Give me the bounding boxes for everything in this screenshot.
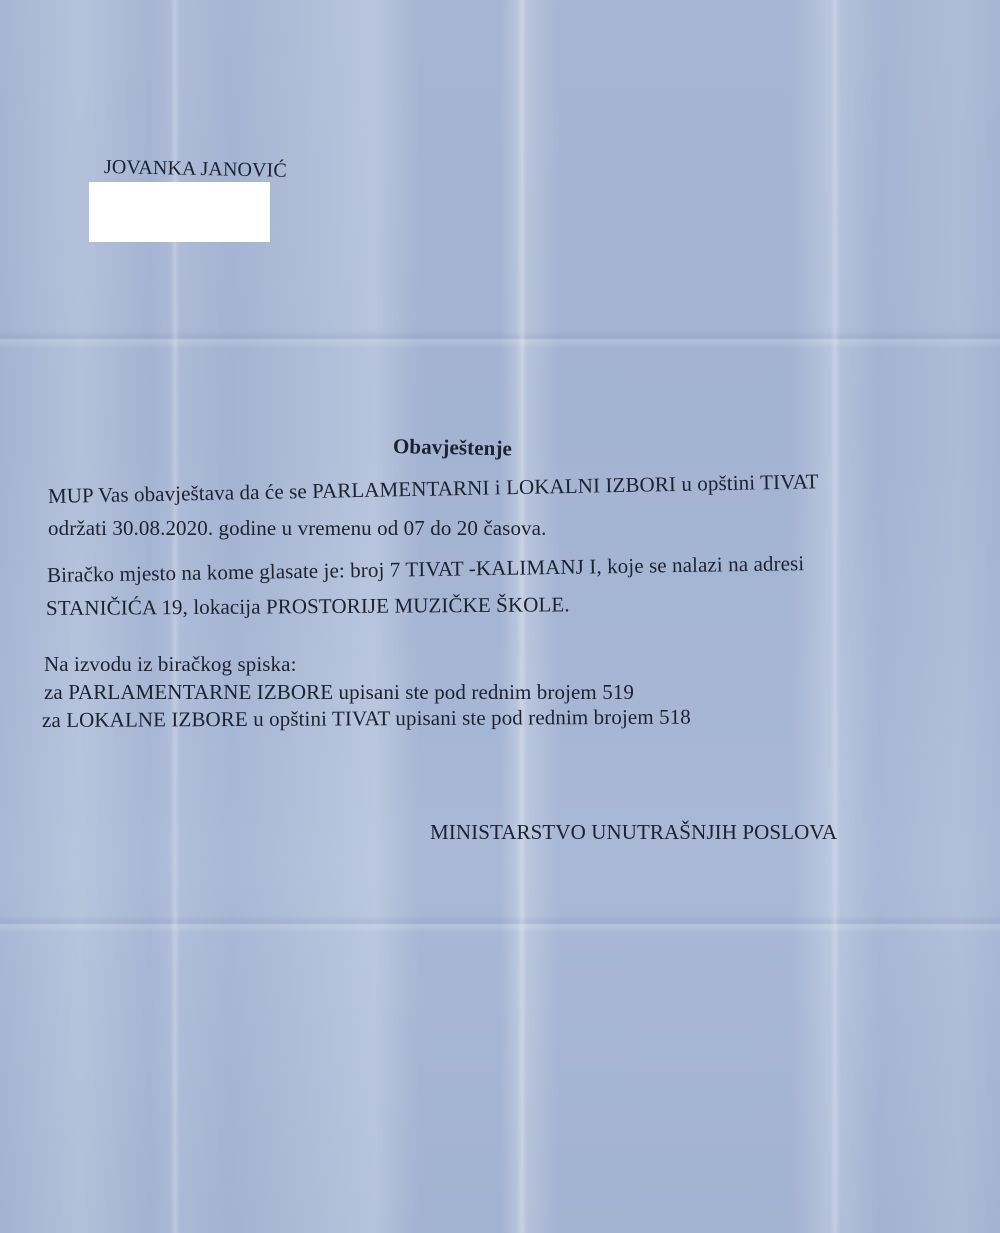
voter-list-heading: Na izvodu iz biračkog spiska: bbox=[44, 652, 297, 677]
notice-line: MUP Vas obavještava da će se PARLAMENTAR… bbox=[48, 469, 819, 509]
document-title: Obavještenje bbox=[393, 434, 513, 461]
polling-station-line: Biračko mjesto na kome glasate je: broj … bbox=[47, 551, 805, 588]
voter-list-line: za PARLAMENTARNE IZBORE upisani ste pod … bbox=[44, 680, 634, 705]
fold-crease bbox=[830, 0, 840, 1233]
notice-line: održati 30.08.2020. godine u vremenu od … bbox=[48, 516, 546, 541]
document-page: JOVANKA JANOVIĆ Obavještenje MUP Vas oba… bbox=[0, 0, 1000, 1233]
redacted-address bbox=[89, 182, 270, 242]
polling-station-line: STANIČIĆA 19, lokacija PROSTORIJE MUZIČK… bbox=[46, 592, 570, 621]
voter-list-line: za LOKALNE IZBORE u opštini TIVAT upisan… bbox=[42, 705, 691, 733]
fold-crease bbox=[0, 330, 1000, 348]
fold-crease bbox=[0, 915, 1000, 933]
signature: MINISTARSTVO UNUTRAŠNJIH POSLOVA bbox=[430, 820, 837, 845]
recipient-name: JOVANKA JANOVIĆ bbox=[104, 156, 287, 183]
